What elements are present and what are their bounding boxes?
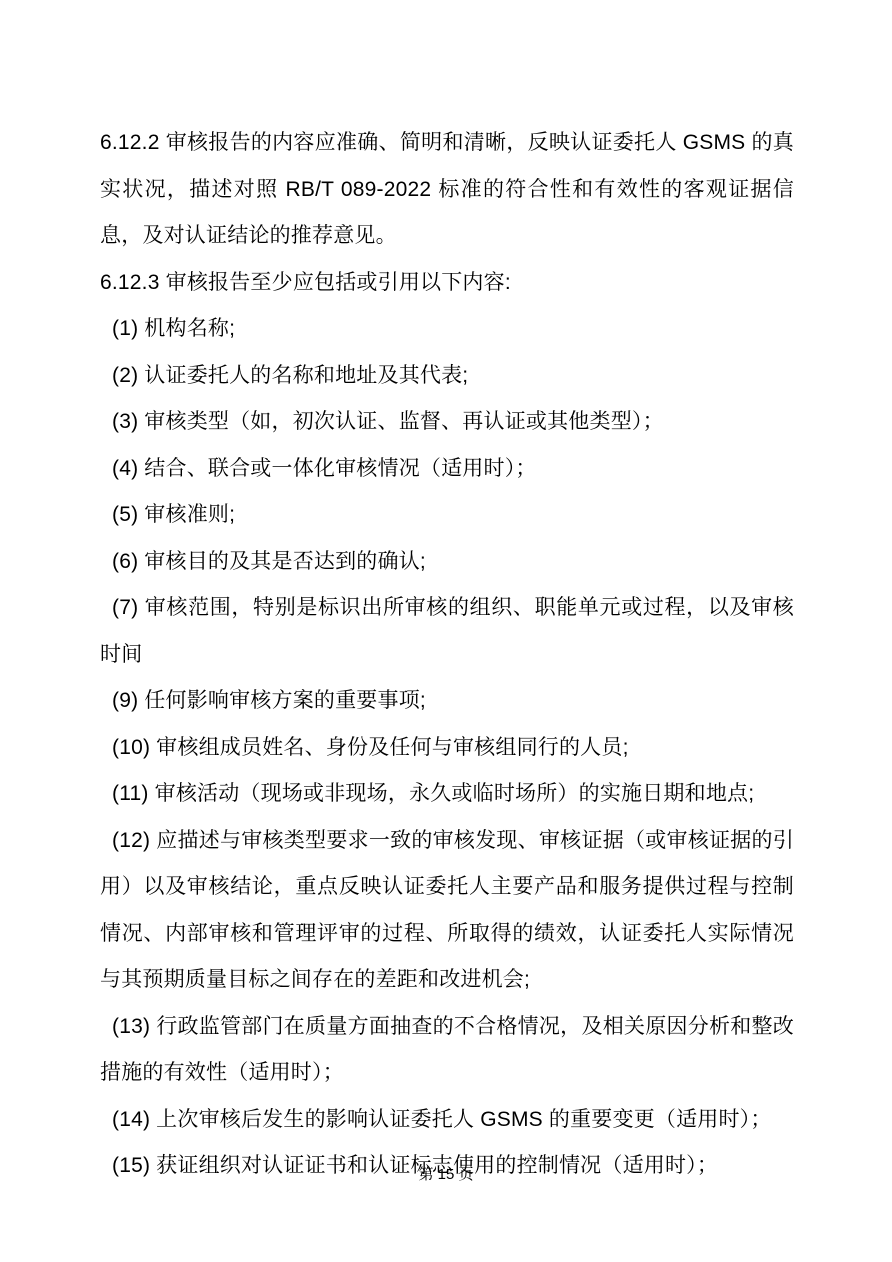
list-item-1: (1) 机构名称; [100, 306, 794, 353]
list-item-5: (5) 审核准则; [100, 492, 794, 539]
list-item-14: (14) 上次审核后发生的影响认证委托人 GSMS 的重要变更（适用时）； [100, 1097, 794, 1144]
document-page: 6.12.2 审核报告的内容应准确、简明和清晰，反映认证委托人 GSMS 的真实… [0, 0, 892, 1262]
list-item-11: (11) 审核活动（现场或非现场，永久或临时场所）的实施日期和地点; [100, 771, 794, 818]
list-item-7: (7) 审核范围，特别是标识出所审核的组织、职能单元或过程，以及审核时间 [100, 585, 794, 678]
list-item-12: (12) 应描述与审核类型要求一致的审核发现、审核证据（或审核证据的引用）以及审… [100, 818, 794, 1004]
list-item-3: (3) 审核类型（如，初次认证、监督、再认证或其他类型）； [100, 399, 794, 446]
page-number: 第 15 页 [0, 1160, 892, 1190]
list-item-13: (13) 行政监管部门在质量方面抽查的不合格情况，及相关原因分析和整改措施的有效… [100, 1004, 794, 1097]
list-item-4: (4) 结合、联合或一体化审核情况（适用时）； [100, 446, 794, 493]
list-item-2: (2) 认证委托人的名称和地址及其代表; [100, 353, 794, 400]
list-item-9: (9) 任何影响审核方案的重要事项; [100, 678, 794, 725]
paragraph-6-12-3: 6.12.3 审核报告至少应包括或引用以下内容: [100, 260, 794, 307]
list-item-10: (10) 审核组成员姓名、身份及任何与审核组同行的人员; [100, 725, 794, 772]
document-body: 6.12.2 审核报告的内容应准确、简明和清晰，反映认证委托人 GSMS 的真实… [100, 120, 794, 1190]
list-item-6: (6) 审核目的及其是否达到的确认; [100, 539, 794, 586]
paragraph-6-12-2: 6.12.2 审核报告的内容应准确、简明和清晰，反映认证委托人 GSMS 的真实… [100, 120, 794, 260]
